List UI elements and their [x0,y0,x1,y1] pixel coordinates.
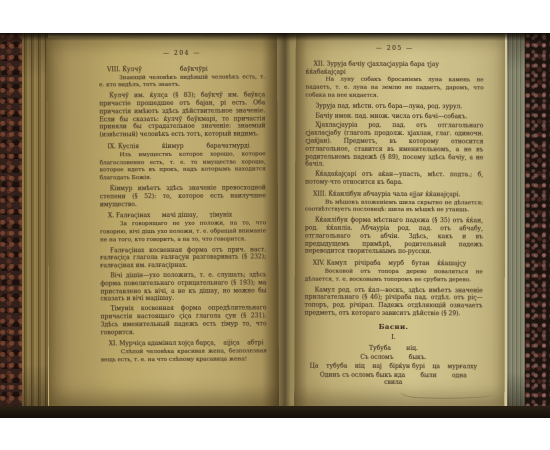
page-paragraph: Ғалғаςінах косвенная форма отъ прич. нас… [100,246,266,270]
page-paragraph: На луну собакъ бросаніемъ луна камень не… [306,77,484,101]
page-paragraph: X. Ғалғаςінах мачі дішау, ҭімуніх [100,212,266,221]
page-paragraph: Одинъ съ осломъ быкъ ида были одна свила [304,371,482,387]
page-number: — 204 — [99,49,265,58]
page-paragraph: Восковой отъ топора дерево повалиться не… [305,269,483,285]
page-paragraph: VIII. Ќулчў баўкчўрі [99,65,265,74]
page-paragraph: Ҭімуніх косвенная форма опредѣлительнаго… [101,304,267,336]
page-paragraph: XIII. Ќќанлібун абчауріа чала ејјағ ќќан… [305,190,483,199]
page-edges-right [505,33,527,418]
book-photo: — 204 —VIII. Ќулчў баўкчўріЗнающій челов… [0,0,550,450]
page-paragraph: Вічі дішін—ухо положить, т. е. слушать; … [100,271,266,303]
page-paragraph: Изъ имуществъ которое хорошо, которое бл… [100,151,266,183]
book-cover-right [525,33,550,418]
open-book: — 204 —VIII. Ќулчў баўкчўріЗнающій челов… [0,33,550,418]
page-paragraph: Ќулчў им. ќулςа (§ 83); баўкчў им. баўкς… [99,92,265,140]
book-page-right: — 205 —XII. Зуруја бачіу ςјахлаςјауріа б… [294,35,506,410]
page-paragraph: Басни. [305,323,483,332]
page-paragraph: Ҳјахлаςјауріа род. пад. отъ отглагольнаг… [305,122,483,170]
page-paragraph: Камул род. отъ ќал—воскъ, здѣсь имѣетъ з… [305,286,483,318]
page-paragraph: XIV. Камул річіраба мурб бутан ќќашајςу [305,260,483,269]
book-cover-left [0,33,22,418]
page-paragraph: Ќіимур имѣетъ здѣсь значеніе превосходно… [100,184,266,208]
book-page-left: — 204 —VIII. Ќулчў баўкчўріЗнающій челов… [47,36,279,409]
page-paragraph: Въ мѣшокъ вложеніемъ шила скрытно не дѣл… [305,199,483,215]
page-paragraph: Слѣпой человѣка красивая жена, безполезн… [101,348,267,365]
page-paragraph: Ца тубуба ніц нај бірќун бурі ца мурғалх… [304,362,482,371]
page-paragraph: Тубуба ніц. [304,345,482,354]
page-paragraph: Съ осломъ быкъ. [304,354,482,363]
page-paragraph: I. [304,333,482,342]
page-right-text: — 205 —XII. Зуруја бачіу ςјахлаςјауріа б… [294,35,506,410]
page-paragraph: Бачіу имен. пад. множ. числа отъ бачі—со… [305,112,483,121]
page-paragraph: Ќќанлібун форма мѣстнаго падежа (§ 35) о… [305,217,483,257]
page-paragraph: Знающій человѣкъ видѣвшій человѣкъ есть,… [99,74,265,91]
page-paragraph: IX. Ќуслія ќіимур барачатмурді [100,142,266,151]
page-paragraph: За говорящаго не ухо положи, на то, что … [100,221,266,245]
page-paragraph: Зуруја пад. мѣстн. отъ бара—луна, род. з… [305,102,483,111]
page-paragraph: XII. Зуруја бачіу ςјахлаςјауріа бара ҭја… [306,60,484,76]
page-paragraph: Ќќадаќајςарі отъ аќан—упасть, мѣст. подт… [305,171,483,187]
page-left-text: — 204 —VIII. Ќулчў баўкчўріЗнающій челов… [47,36,279,409]
page-number: — 205 — [306,45,484,54]
page-edges-left [22,33,48,418]
page-paragraph: XI. Мурчіςа адамінал хојςа барςа, аіјіςа… [101,340,267,349]
